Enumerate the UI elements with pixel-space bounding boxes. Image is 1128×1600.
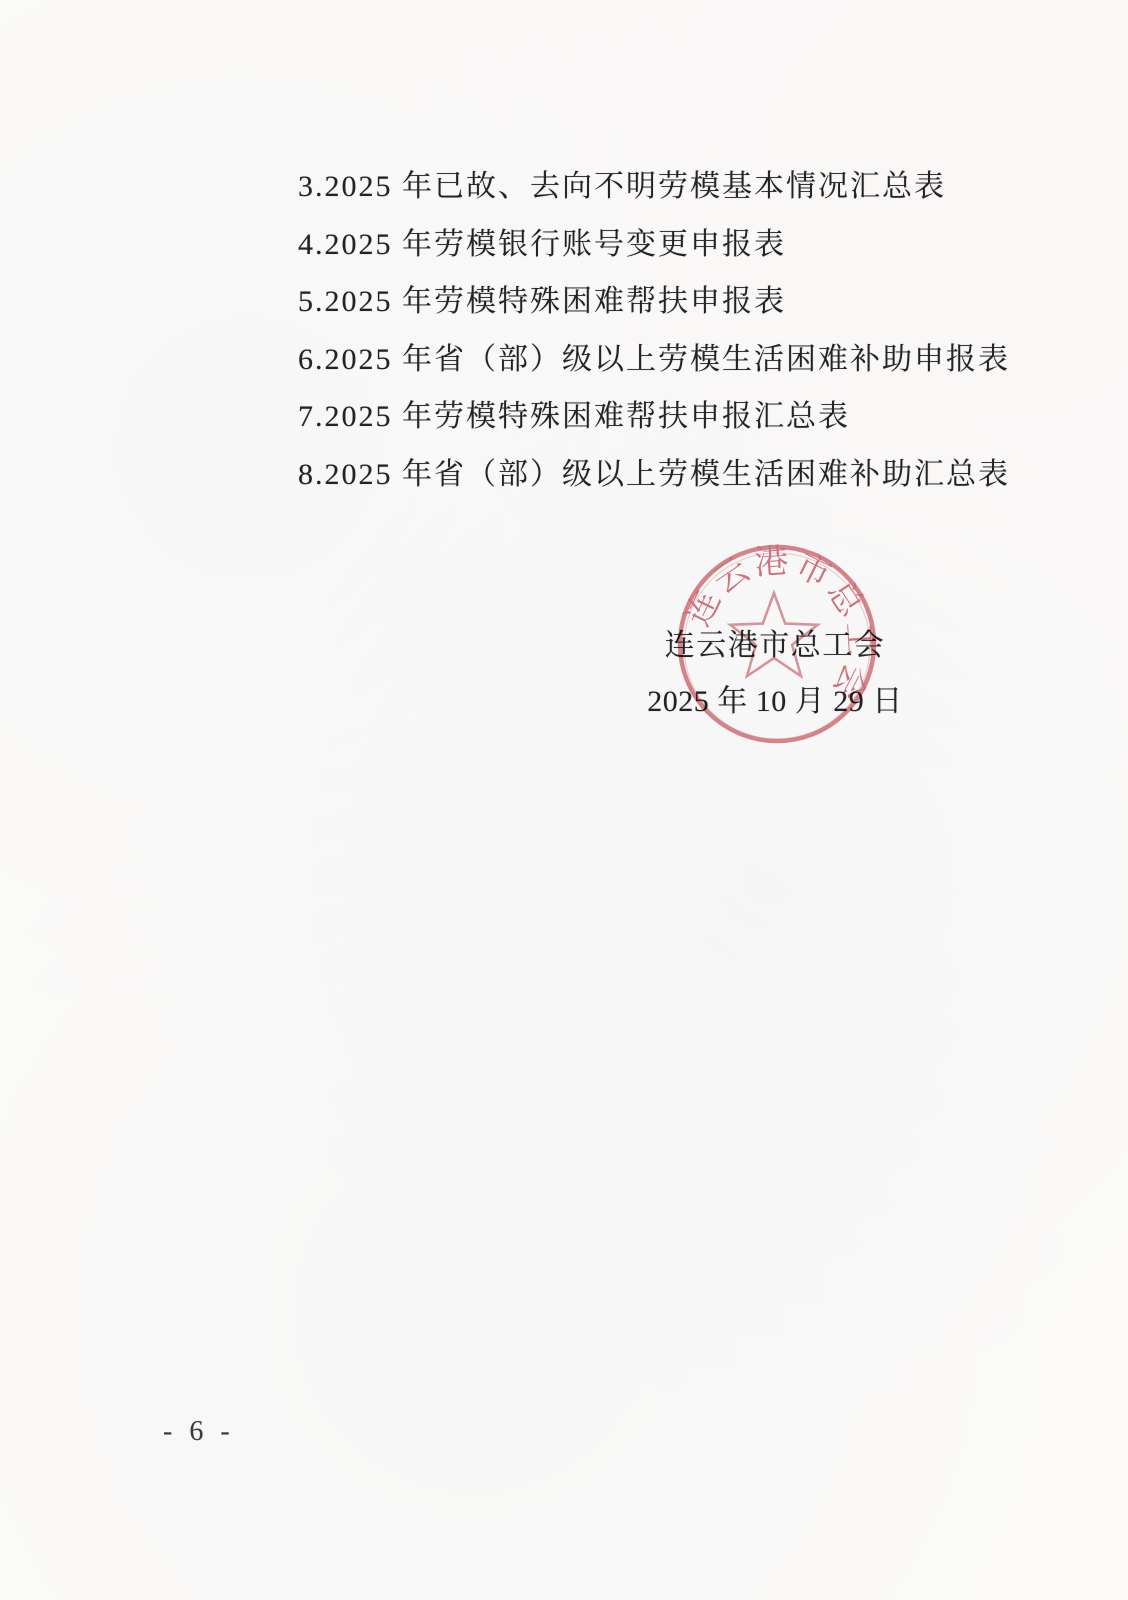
issuing-organization: 连云港市总工会 (627, 618, 923, 674)
page-number: - 6 - (163, 1416, 235, 1448)
attachment-item-4: 4.2025 年劳模银行账号变更申报表 (298, 216, 1010, 274)
attachment-list: 3.2025 年已故、去向不明劳模基本情况汇总表 4.2025 年劳模银行账号变… (298, 158, 1010, 503)
attachment-item-7: 7.2025 年劳模特殊困难帮扶申报汇总表 (298, 388, 1010, 446)
attachment-item-3: 3.2025 年已故、去向不明劳模基本情况汇总表 (298, 158, 1010, 216)
issue-date: 2025 年 10 月 29 日 (627, 674, 923, 730)
attachment-item-6: 6.2025 年省（部）级以上劳模生活困难补助申报表 (298, 331, 1010, 389)
signature-block: 连云港市总工会 2025 年 10 月 29 日 (627, 618, 923, 730)
attachment-item-8: 8.2025 年省（部）级以上劳模生活困难补助汇总表 (298, 446, 1010, 504)
document-page: 3.2025 年已故、去向不明劳模基本情况汇总表 4.2025 年劳模银行账号变… (0, 0, 1128, 1600)
attachment-item-5: 5.2025 年劳模特殊困难帮扶申报表 (298, 273, 1010, 331)
